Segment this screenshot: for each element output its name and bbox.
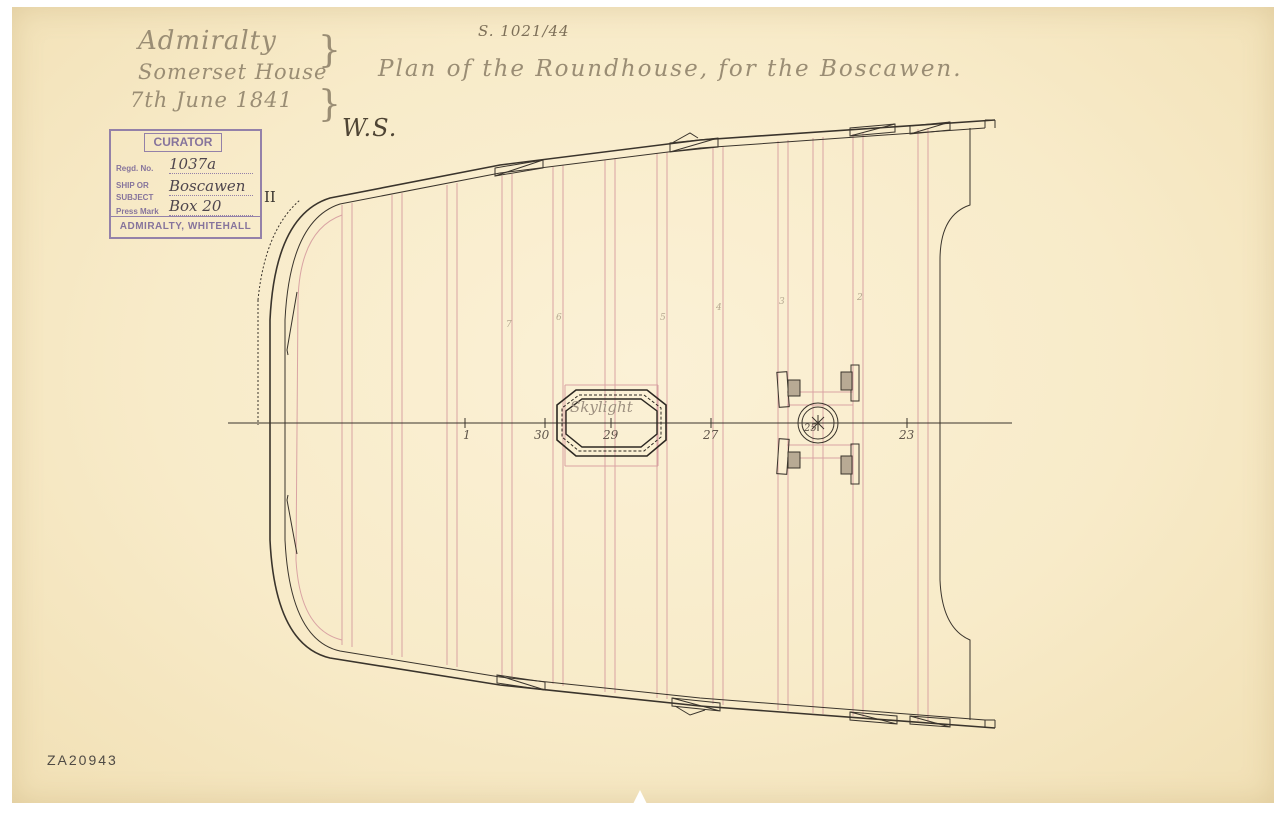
red-beam-lines xyxy=(296,128,928,722)
station-number: 27 xyxy=(703,428,718,442)
station-number: 30 xyxy=(534,428,549,442)
hull-outline xyxy=(258,120,995,728)
frame-number: 6 xyxy=(556,313,562,323)
frame-number: 2 xyxy=(857,293,863,303)
frame-number: 3 xyxy=(779,297,785,307)
frame-number: 4 xyxy=(716,303,722,313)
station-number: 29 xyxy=(603,428,618,442)
frame-number: 5 xyxy=(660,313,666,323)
roundhouse-plan-drawing xyxy=(0,0,1280,813)
station-number: 25 xyxy=(804,423,817,434)
station-number: 1 xyxy=(463,428,471,442)
station-number: 23 xyxy=(899,428,914,442)
capstan xyxy=(777,365,859,484)
skylight-label: Skylight xyxy=(570,398,633,416)
frame-number: 7 xyxy=(506,320,512,330)
